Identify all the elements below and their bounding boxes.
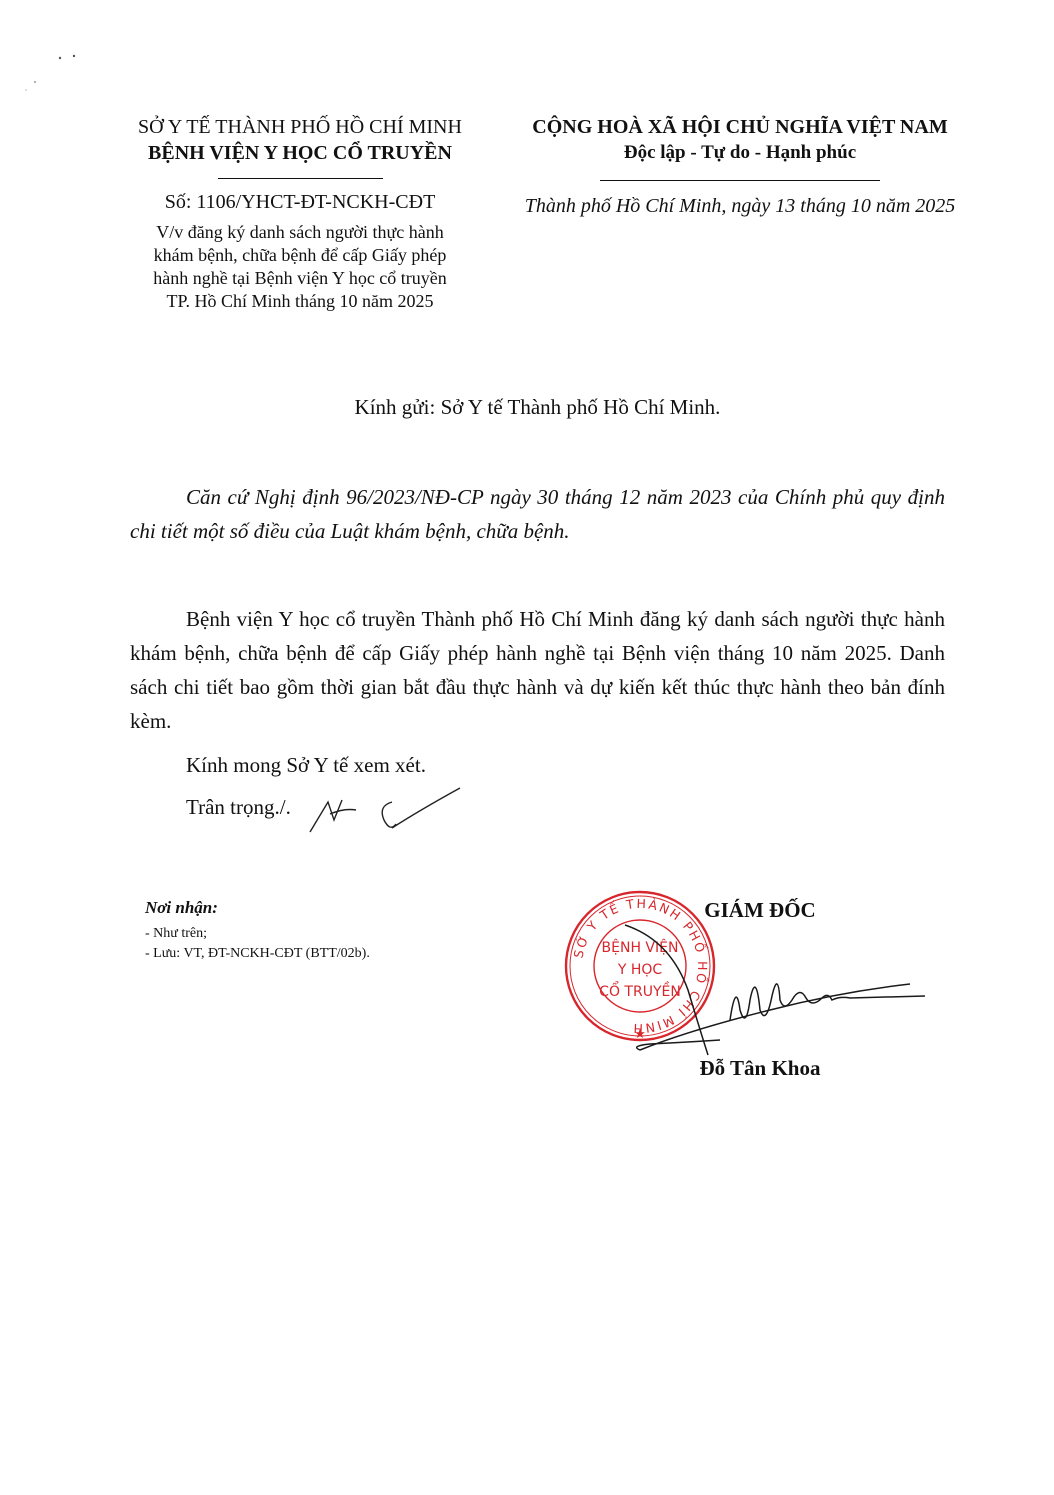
closing-line: Trân trọng./.	[186, 790, 291, 824]
header-left-divider	[218, 178, 383, 179]
subject-line: hành nghề tại Bệnh viện Y học cổ truyền	[100, 267, 500, 290]
place-and-date: Thành phố Hồ Chí Minh, ngày 13 tháng 10 …	[490, 193, 990, 219]
handwritten-signature	[560, 900, 940, 1060]
document-number: Số: 1106/YHCT-ĐT-NCKH-CĐT	[100, 189, 500, 215]
subject-line: TP. Hồ Chí Minh tháng 10 năm 2025	[100, 290, 500, 313]
header-right-divider	[600, 180, 880, 181]
agency-name: SỞ Y TẾ THÀNH PHỐ HỒ CHÍ MINH	[100, 114, 500, 140]
subject-line: khám bệnh, chữa bệnh để cấp Giấy phép	[100, 244, 500, 267]
initials-scribble	[300, 780, 470, 840]
header-right: CỘNG HOÀ XÃ HỘI CHỦ NGHĨA VIỆT NAM Độc l…	[490, 114, 990, 219]
recipients-heading: Nơi nhận:	[145, 896, 545, 920]
national-motto: Độc lập - Tự do - Hạnh phúc	[490, 140, 990, 166]
country-name: CỘNG HOÀ XÃ HỘI CHỦ NGHĨA VIỆT NAM	[490, 114, 990, 140]
main-paragraph: Bệnh viện Y học cổ truyền Thành phố Hồ C…	[130, 602, 945, 738]
document-subject: V/v đăng ký danh sách người thực hành kh…	[100, 221, 500, 313]
legal-basis: Căn cứ Nghị định 96/2023/NĐ-CP ngày 30 t…	[130, 480, 945, 548]
salutation: Kính gửi: Sở Y tế Thành phố Hồ Chí Minh.	[130, 392, 945, 422]
recipients-block: Nơi nhận: - Như trên; - Lưu: VT, ĐT-NCKH…	[145, 896, 545, 964]
signer-name: Đỗ Tân Khoa	[640, 1054, 880, 1082]
request-line: Kính mong Sở Y tế xem xét.	[186, 748, 426, 782]
header-left: SỞ Y TẾ THÀNH PHỐ HỒ CHÍ MINH BỆNH VIỆN …	[100, 114, 500, 313]
subject-line: V/v đăng ký danh sách người thực hành	[100, 221, 500, 244]
scan-specks	[20, 50, 80, 100]
organization-name: BỆNH VIỆN Y HỌC CỔ TRUYỀN	[100, 140, 500, 166]
recipient-item: - Như trên;	[145, 924, 545, 944]
recipient-item: - Lưu: VT, ĐT-NCKH-CĐT (BTT/02b).	[145, 944, 545, 964]
